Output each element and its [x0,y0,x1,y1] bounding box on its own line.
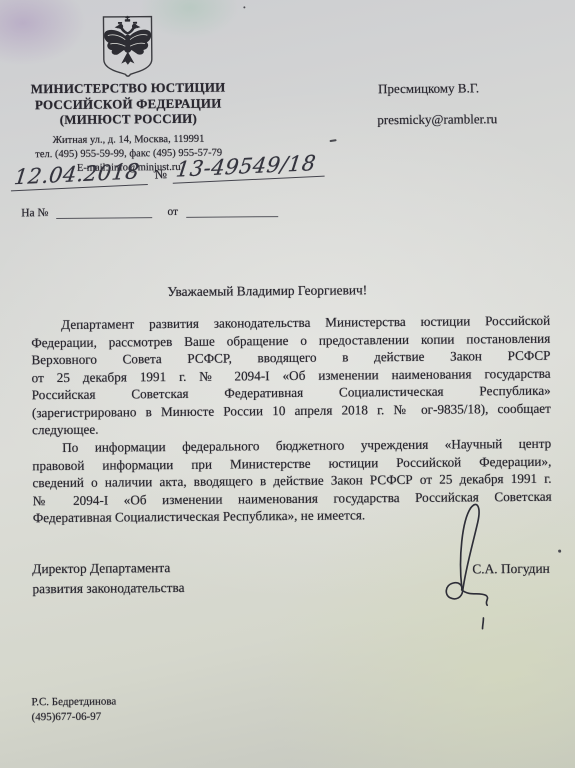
body-paragraph-1: Департамент развития законодательства Ми… [31,312,551,439]
recipient-name: Пресмицкому В.Г. [378,80,479,97]
executor-block: Р.С. Бедретдинова (495)677-06-97 [31,695,116,726]
letter-content: МИНИСТЕРСТВО ЮСТИЦИИ РОССИЙСКОЙ ФЕДЕРАЦИ… [0,0,575,768]
ministry-line-3: (МИНЮСТ РОССИИ) [13,110,243,128]
paper-speck [243,6,245,8]
reply-number-blank [56,205,152,219]
reply-reference-row: На № от [21,204,278,219]
scanned-letter-page: МИНИСТЕРСТВО ЮСТИЦИИ РОССИЙСКОЙ ФЕДЕРАЦИ… [0,0,575,768]
reply-from-label: от [167,206,178,218]
signatory-name: С.А. Погудин [472,561,550,578]
signatory-title-line-2: развития законодательства [32,577,184,598]
handwritten-date: 12.04.2018 [13,159,141,189]
ministry-line-1: МИНИСТЕРСТВО ЮСТИЦИИ [13,79,243,97]
reply-date-blank [186,204,278,218]
ministry-line-2: РОССИЙСКОЙ ФЕДЕРАЦИИ [13,95,243,113]
paper-speck [329,139,336,142]
executor-name: Р.С. Бедретдинова [31,695,116,711]
coat-of-arms-icon [97,13,158,82]
reply-label: На № [21,207,48,219]
date-underline: 12.04.2018 [10,159,148,191]
executor-phone: (495)677-06-97 [32,710,117,726]
number-sign: № [147,166,172,185]
salutation: Уважаемый Владимир Георгиевич! [10,281,525,301]
signatory-title: Директор Департамента развития законодат… [32,558,184,598]
ministry-name-block: МИНИСТЕРСТВО ЮСТИЦИИ РОССИЙСКОЙ ФЕДЕРАЦИ… [13,79,243,128]
paper-speck [558,550,561,553]
signatory-title-line-1: Директор Департамента [32,558,184,579]
recipient-email: presmicky@rambler.ru [377,111,497,128]
